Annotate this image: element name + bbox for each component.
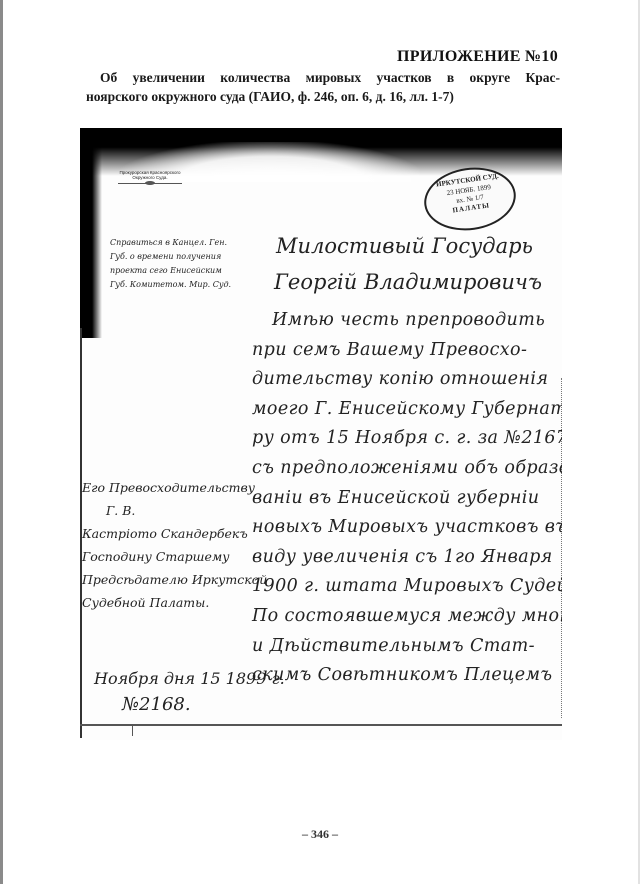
outgoing-number: №2168.	[94, 692, 285, 718]
body-line: скимъ Совѣтникомъ Плецемъ	[252, 661, 562, 691]
salutation-line: Милостивый Государь	[276, 228, 542, 264]
body-line: ваніи въ Енисейской губерніи	[252, 484, 562, 514]
letterhead: Прокурорская Красноярского Окружного Суд…	[114, 170, 186, 184]
body-line: новыхъ Мировыхъ участковъ въ	[252, 513, 562, 543]
date-and-number: Ноября дня 15 1899 г. №2168.	[94, 666, 285, 718]
body-line: съ предположеніями объ образо-	[252, 454, 562, 484]
addressee-block: Его Превосходительству Г. В. Кастріото С…	[82, 476, 267, 614]
archival-document-scan: Прокурорская Красноярского Окружного Суд…	[80, 128, 562, 740]
addressee-line: Кастріото Скандербекъ	[82, 522, 267, 545]
scan-bottom-rule	[80, 724, 562, 726]
letterhead-line: Окружного Суда.	[114, 175, 186, 180]
appendix-title: ПРИЛОЖЕНИЕ №10	[397, 48, 558, 66]
scan-dark-edge-left	[80, 128, 102, 338]
resolution-line: Справиться в Канцел. Ген.	[110, 236, 231, 250]
resolution-line: Губ. Комитетом. Мир. Суд.	[110, 278, 231, 292]
salutation-line: Георгій Владимировичъ	[274, 264, 542, 300]
addressee-line: Его Превосходительству	[82, 476, 267, 499]
body-line: Имѣю честь препроводить	[252, 306, 562, 336]
body-line: при семъ Вашему Превосхо-	[252, 336, 562, 366]
caption-line-1: Об увеличении количества мировых участко…	[86, 68, 560, 87]
body-line: По состоявшемуся между мною	[252, 602, 562, 632]
body-line: виду увеличенія съ 1го Января	[252, 543, 562, 573]
body-line: 1900 г. штата Мировыхъ Судей.	[252, 572, 562, 602]
body-line: моего Г. Енисейскому Губернато-	[252, 395, 562, 425]
letter-salutation: Милостивый Государь Георгій Владимирович…	[276, 228, 542, 300]
letter-body: Имѣю честь препроводить при семъ Вашему …	[252, 306, 562, 691]
margin-resolution: Справиться в Канцел. Ген. Губ. о времени…	[110, 236, 231, 292]
resolution-line: Губ. о времени получения	[110, 250, 231, 264]
body-line: дительству копію отношенія	[252, 365, 562, 395]
addressee-line: Судебной Палаты.	[82, 591, 267, 614]
letterhead-ornament	[118, 183, 182, 184]
resolution-line: проекта сего Енисейским	[110, 264, 231, 278]
caption-line-2: ноярского окружного суда (ГАИО, ф. 246, …	[86, 87, 560, 106]
document-caption: Об увеличении количества мировых участко…	[86, 68, 560, 106]
body-line: и Дѣйствительнымъ Стат-	[252, 632, 562, 662]
body-line: ру отъ 15 Ноября с. г. за №2167	[252, 424, 562, 454]
letter-date: Ноября дня 15 1899 г.	[94, 666, 285, 692]
addressee-line: Господину Старшему	[82, 545, 267, 568]
addressee-line: Предсѣдателю Иркутской	[82, 568, 267, 591]
addressee-initials: Г. В.	[82, 499, 267, 522]
scan-bottom-tick	[132, 726, 133, 736]
left-border	[0, 0, 3, 884]
page-number: – 346 –	[0, 827, 640, 842]
